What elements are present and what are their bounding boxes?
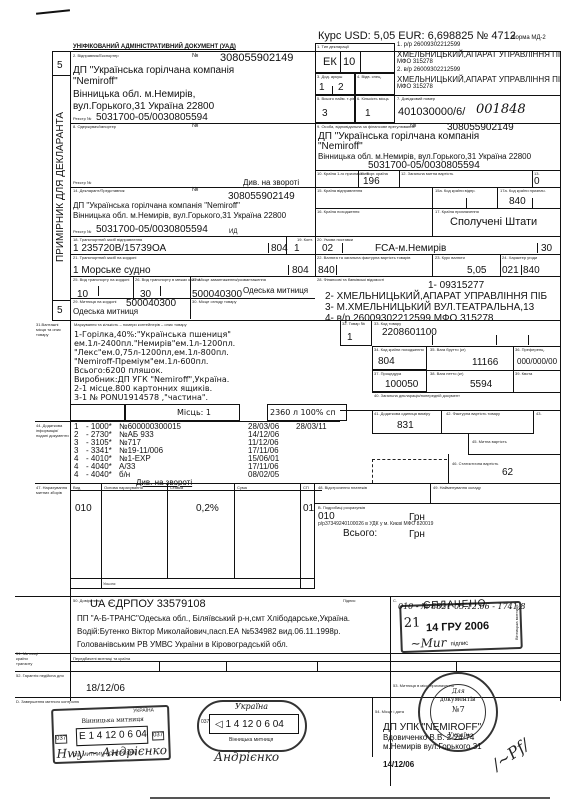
transaction-nature-b: 840 (523, 265, 540, 276)
box3-label: 3. Дод. аркуш (317, 74, 342, 79)
divider (15, 653, 560, 654)
box17a-label: 17а. Код країни признач. (500, 188, 546, 193)
divider (98, 286, 99, 296)
box8-reg-label: Реєстр № (73, 180, 91, 185)
border-transport-country: 804 (292, 265, 309, 276)
divider (537, 243, 538, 253)
bank-top-line1: 1. р/р 26009302212599 (397, 42, 460, 49)
copy-number-top: 5 (57, 60, 63, 71)
divider (358, 170, 359, 187)
customs-stamp-country: УКРАЇНА (133, 708, 154, 714)
supplementary-unit: 831 (397, 420, 414, 431)
principal-passport-issuer: Голованівським РВ УМВС України в Кіровог… (77, 640, 288, 649)
divider (314, 503, 560, 504)
divider (315, 123, 316, 243)
reference-number-handwritten: 001848 (476, 104, 526, 116)
net-weight: 5594 (470, 379, 492, 390)
box14-reg-label: Реєстр № (73, 229, 91, 234)
divider (314, 483, 315, 588)
border-transport: 1 Морське судно (73, 265, 151, 276)
divider (52, 320, 561, 321)
divider (342, 243, 343, 253)
box54-label: 54. Місце і дата (375, 709, 404, 714)
delivery-terms-code: 02 (322, 243, 333, 254)
divider (466, 198, 467, 208)
box14-no-label: № (192, 187, 198, 194)
box34-label: 34. Код країни походження (374, 347, 424, 352)
box36-label: 36. Преференц. (515, 347, 545, 352)
box6-label: 6. Кількість місць (357, 96, 389, 101)
financial-name-2: "Nemiroff" (318, 141, 363, 152)
divider (167, 483, 168, 578)
duty-col-sum: Сума (237, 485, 247, 490)
box19-label: 19. Конт. (297, 237, 313, 242)
box14-label: 14. Декларант/Представник (73, 188, 124, 193)
procedure-code: 100050 (385, 379, 418, 390)
box33-label: 33. Код товару (374, 321, 401, 326)
payment-account: р/р37349240100026 в УДК у м. Києві МФО 8… (318, 522, 433, 527)
paid-stamp-number: 21 (404, 618, 421, 628)
scan-mark (36, 9, 70, 15)
box30-label: 30. Місце огляду товару (192, 299, 237, 304)
divider (500, 254, 501, 277)
declarant-copy-label: ПРИМІРНИК ДЛЯ ДЕКЛАРАНТА (55, 112, 66, 262)
divider (390, 596, 391, 786)
divider (234, 483, 235, 578)
extra-sheets-a: 1 (319, 82, 325, 93)
bank-top-line3: МФО 315278 (397, 59, 433, 66)
box52-label: 52. Гарантія недійсна для (16, 673, 64, 678)
divider (432, 254, 433, 277)
trading-country: 196 (363, 176, 380, 187)
box49-label: 49. Найменування складу (433, 485, 481, 490)
document-row: 4 - 4040* б/н 08/02/05 (74, 470, 344, 478)
customs-date-stamp-code: ◁ 1 4 12 0 6 04 (215, 719, 284, 730)
paid-stamp-handwritten: 010 - № 8821 05.12.06 - 1741,8 (398, 602, 525, 611)
divider (336, 265, 337, 275)
box42-label: 42. Фактурна вартість товару (446, 411, 500, 416)
box-c-label: С. (393, 598, 397, 603)
bank-top-line6: МФО 315278 (397, 84, 433, 91)
box9-label: 9. Особа, відповідальна за фінансове вре… (317, 124, 415, 129)
exchange-rate: 5,05 (467, 265, 486, 276)
paid-stamp-date: 14 ГРУ 2006 (426, 620, 489, 634)
divider (52, 300, 70, 301)
paid-stamp-sign-label: підпис (450, 641, 468, 649)
goods-line-8: 3-1 № PONU1914578 ,"частина". (74, 393, 208, 402)
box12-label: 12. Загальна митна вартість (401, 171, 453, 176)
places-box (70, 404, 125, 421)
origin-country-code: 804 (378, 356, 395, 367)
box51-label: 51. Митниці країни транзиту (16, 651, 44, 666)
divider (288, 265, 289, 275)
declarant-company: ДП УПК "NEMIROFF" (383, 722, 481, 733)
box41-label: 41. Додаткова одиниця виміру (374, 411, 430, 416)
declarant-registry-suffix: ИД (229, 229, 237, 236)
divider (399, 170, 400, 187)
divider (340, 52, 341, 72)
customs-stamp-office: Вінницька митниця (81, 716, 144, 725)
divider (496, 335, 497, 345)
declaration-type-b: 10 (343, 56, 355, 68)
divider (468, 454, 560, 455)
divider (528, 335, 529, 345)
box2-no-label: № (192, 53, 198, 60)
border-customs-name: Одеська митниця (73, 307, 138, 316)
box18-label: 18. Транспортний засіб відправлення (73, 237, 142, 242)
duty-sp: 01 (303, 503, 314, 514)
divider (315, 254, 316, 277)
divider (70, 661, 560, 662)
box50-signature-label: Підпис (343, 598, 356, 603)
divider (372, 697, 373, 757)
box15-label: 15. Країна відправлення (317, 188, 362, 193)
commodity-code: 2208601100 (382, 327, 437, 338)
invoice-currency: 840 (318, 265, 335, 276)
exporter-code: 308055902149 (220, 52, 293, 64)
box20-label: 20. Умови поставки (317, 237, 353, 242)
divider (533, 410, 534, 434)
divider (513, 370, 514, 392)
destination-country-code: 840 (509, 196, 526, 207)
divider (432, 187, 433, 237)
principal-company: ПП "А-Б-ТРАНС"Одеська обл., Біляївський … (77, 614, 350, 623)
bank-info-line1: 1- 09315277 (428, 280, 484, 291)
box35-label: 35. Вага брутто (кг) (430, 347, 466, 352)
delivery-terms-place: FCA-м.Немирів (375, 243, 446, 254)
exporter-name-2: "Nemiroff" (73, 76, 118, 87)
box15a-label: 15а. Код країни відпр. (435, 188, 476, 193)
dashed-box-top (372, 459, 447, 460)
divider (286, 236, 287, 254)
guarantee-date: 18/12/06 (86, 683, 125, 694)
customs-stamp-number-left: 037 (55, 735, 67, 744)
divider (532, 198, 533, 208)
divider (432, 335, 433, 345)
divider (300, 483, 301, 588)
box17-label: 17. Країна призначення (435, 209, 479, 214)
box31-label: Маркування та кількість – номери контейн… (74, 322, 187, 327)
bank-info-line2: 2- ХМЕЛЬНИЦЬКИЙ,АПАРАТ УПРАВЛІННЯ ПІБ (325, 291, 547, 302)
customs-date-stamp-side: 037 (201, 720, 209, 725)
seal-top: Для (452, 688, 465, 695)
box2-label: 2. Відправник/Експортер (73, 53, 119, 58)
customs-control-stamp: УКРАЇНА Вінницька митниця E 1 4 12 0 6 0… (51, 705, 171, 764)
duty-type: 010 (75, 503, 92, 514)
destination-country: Сполучені Штати (450, 216, 537, 228)
box39-label: 39. Квота (515, 371, 532, 376)
customs-date-stamp-office: Вінницька митниця (229, 738, 273, 743)
divider (70, 490, 322, 491)
duty-col-rate: Ставка (170, 485, 183, 490)
paid-stamp-side: Вінницька митниця (514, 605, 519, 640)
doc-code: - 4040* (86, 470, 112, 479)
duty-col-sp: СП (303, 485, 309, 490)
box40-label: 40. Загальна декларація/попередній докум… (374, 393, 460, 398)
box9-no-label: № (410, 123, 416, 130)
reference-number: 401030000/6/ (398, 106, 465, 118)
document-row: 1 - 1000* №600000300015 28/03/06 28/03/1… (74, 422, 344, 430)
divider (532, 170, 533, 187)
declarant-person: Вдовиченко В.В. 2-24-74 (383, 733, 474, 742)
divider (513, 346, 514, 370)
box1-label: 1. Тип декларації (317, 44, 349, 49)
divider (442, 433, 534, 434)
seal-middle: документів (440, 696, 475, 703)
customs-date-stamp: Україна ◁ 1 4 12 0 6 04 Вінницька митниц… (197, 700, 307, 752)
divider (133, 276, 134, 300)
frame-left (52, 51, 53, 321)
box48-label: 48. Відстрочення платежів (318, 485, 367, 490)
paid-stamp-signature: ~Mur (410, 636, 446, 651)
box16-label: 16. Країна походження (317, 209, 359, 214)
divider (268, 243, 269, 253)
divider (497, 187, 498, 208)
total-items: 3 (322, 108, 328, 119)
declarant-name: ДП "Українська горілчана компанія "Nemir… (73, 201, 240, 210)
box21-label: 21. Транспортний засіб на кордоні (73, 255, 136, 260)
box-b-label: В. Подробиці розрахунків (318, 505, 365, 510)
doc-date: 08/02/05 (248, 470, 279, 479)
divider (456, 661, 457, 671)
copy-number-bottom: 5 (57, 305, 63, 316)
delivery-terms-extra: 30 (541, 243, 552, 254)
loading-place-name: Одеська митниця (243, 286, 308, 295)
consignee-see-back: Див. на звороті (243, 178, 299, 187)
document-row: 3 - 3105* №717 11/12/06 (74, 438, 344, 446)
exporter-registry: 5031700-05/0030805594 (96, 112, 208, 123)
goods-line-5: Всього:6200 пляшок. (74, 366, 163, 375)
divider (317, 661, 318, 671)
divider (52, 75, 70, 76)
declarant-place: м.Немирів вул.Горького 31 (383, 742, 482, 751)
payment-total-currency: Грн (409, 529, 425, 540)
divider (35, 483, 560, 484)
exporter-address-2: вул.Горького,31 Україна 22800 (73, 101, 214, 112)
goods-line-1: 1-Горілка,40%:"Українська пшениця" (74, 330, 231, 339)
declarant-signature: /~Pf/ (488, 735, 532, 774)
declarant-registry: 5031700-05/0030805594 (96, 224, 208, 235)
divider (159, 661, 160, 671)
box-d-label: D. Завершення митного контролю (16, 699, 79, 704)
divider (101, 483, 102, 588)
box13-value: 0 (534, 176, 540, 187)
divider (360, 52, 361, 72)
divider (15, 671, 560, 672)
box32-label: 32. Товар № (342, 321, 365, 326)
box27-label: 27. Місце завантаження/розвантаження (192, 277, 266, 282)
declarant-address: Вінницька обл. м.Немирів, вул.Горького,3… (73, 211, 286, 220)
divider (70, 588, 315, 589)
box46-label: 46. Статистична вартість (452, 461, 498, 466)
document-row: 4 - 4040* А/33 17/11/06 (74, 462, 344, 470)
dashed-box-left (372, 459, 373, 483)
document-title: УНІФІКОВАНИЙ АДМІНІСТРАТИВНИЙ ДОКУМЕНТ (… (73, 44, 236, 51)
document-row: 3 - 3341* №19-11/006 17/11/06 (74, 446, 344, 454)
payment-total-label: Всього: (343, 528, 377, 539)
divider (468, 434, 469, 454)
places-count: Місць: 1 (177, 408, 211, 417)
gross-weight: 11166 (472, 357, 498, 368)
customs-stamp-signature: Hwy ~ Андрієнко (56, 743, 167, 761)
box22-label: 22. Валюта та загальна фактурна вартість… (317, 255, 410, 260)
box4-label: 4. Відв. спец. (357, 74, 381, 79)
document-row: 2 - 2730* №АБ 933 14/12/06 (74, 430, 344, 438)
goods-line-4: "Nemiroff-Преміум"ем.1л-600пл. (74, 357, 208, 366)
goods-line-2: ем.1л-2400пл."Немирів"ем.1л-1200пл. (74, 339, 235, 348)
divider (160, 286, 161, 296)
document-row: 4 - 4010* №1-EXP 15/06/01 (74, 454, 344, 462)
divider (430, 483, 431, 503)
duty-col-base: Основа нарахування (104, 485, 143, 490)
divider (521, 265, 522, 275)
divider (332, 86, 333, 94)
box43-label: 43. (536, 411, 542, 416)
divider (448, 454, 449, 484)
declarant-date: 14/12/06 (383, 760, 414, 769)
box44-label: 44. Додаткова інформація/ подані докумен… (36, 423, 70, 438)
bank-top-line4: 2. в/р 26009302212599 (397, 67, 460, 74)
frame-inner-left (70, 51, 71, 701)
exchange-rates: Курс USD: 5,05 EUR: 6,698825 № 4712 (318, 30, 516, 42)
divider (70, 578, 315, 579)
departure-transport: 1 235720В/15739ОА (73, 243, 166, 254)
box38-label: 38. Вага нетто (кг) (430, 371, 463, 376)
goods-volume: 2360 л 100% сп (270, 408, 336, 417)
goods-line-6: Виробник:ДП УГК "Nemiroff",Україна. (74, 375, 229, 384)
divider (15, 596, 560, 597)
box29-label: 29. Митниця на кордоні (73, 299, 116, 304)
goods-line-7: 2-1 місце.800 картонних ящиків. (74, 384, 212, 393)
duty-col-type: Вид (73, 485, 80, 490)
transaction-nature-a: 021 (502, 265, 519, 276)
form-number: Форма МД-2 (511, 35, 546, 42)
item-number: 1 (347, 332, 353, 343)
bank-top-line2: ХМЕЛЬНИЦЬКИЙ,АПАРАТ УПРАВЛІННЯ ПІБ (397, 50, 561, 59)
declaration-type-a: ЕК (323, 56, 337, 68)
bottom-edge (150, 797, 550, 799)
box45-label: 45. Митна вартість (472, 439, 507, 444)
doc-number: б/н (119, 470, 130, 479)
box28-label: 28. Фінансові та банківські відомості (317, 277, 384, 282)
statistical-value: 62 (502, 467, 513, 478)
box5-label: 5. Всього найм. т-рів (317, 96, 355, 101)
box8-label: 8. Одержувач/Імпортер (73, 124, 116, 129)
box8-no-label: № (192, 123, 198, 130)
exporter-name-1: ДП "Українська горілчана компанія (73, 65, 234, 76)
seal-number: №7 (452, 705, 465, 714)
principal-tax-id: UA ЄДРПОУ 33579108 (90, 598, 206, 610)
customs-stamp-code: E 1 4 12 0 6 04 (79, 729, 147, 742)
customs-stamp-number-right: 037 (152, 731, 164, 740)
box2-reg-label: Реєстр № (73, 116, 91, 121)
exporter-address-1: Вінницька обл. м.Немирів, (73, 89, 195, 100)
box24-label: 24. Характер угоди (502, 255, 537, 260)
divider (226, 661, 227, 671)
bank-info-line3: 3- М.ХМЕЛЬНИЦЬКИЙ ВУЛ.ТЕАТРАЛЬНА,13 (325, 302, 534, 313)
principal-driver: Водій:Бутенко Віктор Миколайович,пасп.ЕА… (77, 627, 341, 636)
goods-line-3: "Лекс"ем.0,75л-1200пл,ем.1л-800пл. (74, 348, 229, 357)
doc-group: 4 (74, 470, 78, 479)
duty-total-label: Усього: (103, 581, 116, 586)
box47-label: 47. Нарахування митних зборів (36, 485, 70, 495)
customs-date-stamp-country: Україна (235, 703, 268, 710)
preference-code: 000/000/00 (517, 357, 557, 366)
box31-side-label: 31.Вантажні місця та опис товару (36, 322, 68, 337)
bank-top-line5: ХМЕЛЬНИЦЬКИЙ,АПАРАТ УПРАВЛІННЯ ПІБ (397, 75, 561, 84)
box37-label: 37. Процедура (374, 371, 401, 376)
box23-label: 23. Курс валюти (435, 255, 465, 260)
container-flag: 1 (294, 243, 300, 254)
customs-officer-signature: Андрієнко (214, 750, 279, 764)
extra-sheets-b: 2 (338, 82, 344, 93)
box7-label: 7. Довідковий номер (397, 96, 435, 101)
duty-rate: 0,2% (196, 503, 219, 514)
packages-count: 1 (365, 108, 371, 119)
box25-label: 25. Вид транспорту на кордоні (73, 277, 129, 282)
divider (315, 236, 316, 254)
